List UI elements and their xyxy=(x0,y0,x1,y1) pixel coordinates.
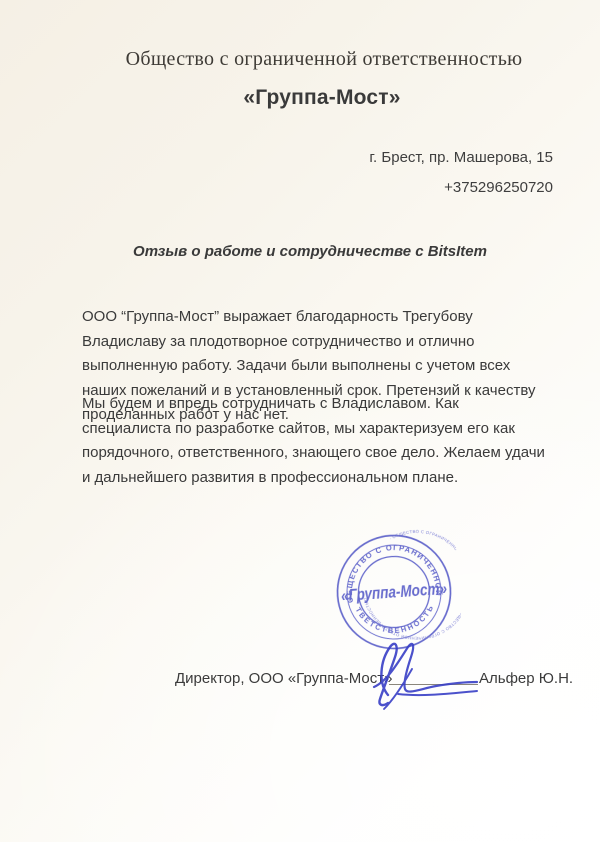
scanned-letter-page: Общество с ограниченной ответственностью… xyxy=(0,0,600,842)
org-name-title: «Группа-Мост» xyxy=(0,86,600,110)
signatory-name: Альфер Ю.Н. xyxy=(479,670,573,687)
signature-stroke-loop2 xyxy=(374,644,477,692)
letterhead-contacts: г. Брест, пр. Машерова, 15 +375296250720 xyxy=(369,143,553,203)
org-type-title: Общество с ограниченной ответственностью xyxy=(0,48,600,71)
signature-scribble xyxy=(364,637,486,711)
letter-subject: Отзыв о работе и сотрудничестве с BitsIt… xyxy=(70,243,550,260)
letter-paragraph-2: Мы будем и впредь сотрудничать с Владисл… xyxy=(82,392,549,490)
org-address: г. Брест, пр. Машерова, 15 xyxy=(369,143,553,173)
signature-label: Директор, ООО «Группа-Мост» xyxy=(175,670,392,687)
stamp-center-text: «Группа-Мост» xyxy=(340,579,447,605)
org-phone: +375296250720 xyxy=(369,173,553,203)
